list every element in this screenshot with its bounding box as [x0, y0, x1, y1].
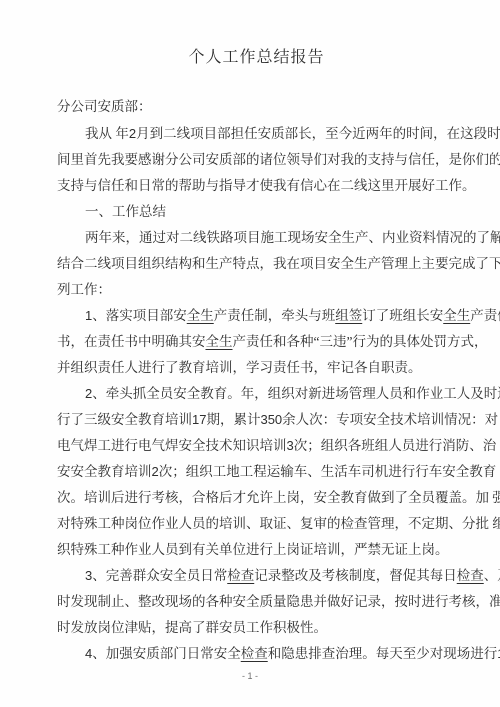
text-line: 时发现制止、整改现场的各种安全质量隐患并做好记录，按时进行考核，准 [57, 589, 456, 615]
text-run: 余人次：专项安全技术培训情况：对 [282, 412, 498, 427]
text-line: 列工作： [57, 277, 456, 303]
text-run: 2 [152, 464, 159, 479]
text-run: 并组织责任人进行了教育培训，学习责任书，牢记各自职责。 [57, 360, 422, 375]
text-run: 月到二线项目部担任安质部长，至今近两年的时间，在这段时 [136, 126, 500, 141]
text-run: 支持与信任和日常的帮助与指导才使我有信心在二线这里开展好工作。 [57, 178, 476, 193]
text-run: 我从 年 [85, 126, 129, 141]
text-line: 次。培训后进行考核，合格后才允许上岗，安全教育做到了全员覆盖。加 强 [57, 485, 456, 511]
paragraph: 4、加强安质部门日常安全检查和隐患排查治理。每天至少对现场进行1 [57, 641, 456, 667]
text-run: 行了三级安全教育培训 [57, 412, 192, 427]
underlined-text-run: 全生 [187, 308, 214, 323]
text-run: 和隐患排查治理。每天至少对现场进行 [268, 646, 498, 661]
text-run: 电气焊工进行电气焊安全技术知识培训 [57, 438, 287, 453]
text-run: 一、工作总结 [85, 204, 166, 219]
text-line: 2、牵头抓全员安全教育。年，组织对新进场管理人员和作业工人及时进 [57, 381, 456, 407]
text-run: 书，在责任书中明确其安 [57, 334, 206, 349]
text-run: 时发现制止、整改现场的各种安全质量隐患并做好记录，按时进行考核，准 [57, 594, 500, 609]
document-content: 个人工作总结报告 分公司安质部： 我从 年2月到二线项目部担任安质部长，至今近两… [57, 46, 456, 667]
paragraph: 两年来，通过对二线铁路项目施工现场安全生产、内业资料情况的了解，结合二线项目组织… [57, 225, 456, 303]
text-run: 17 [192, 412, 206, 427]
text-run: 对特殊工种岗位作业人员的培训、取证、复审的检查管理，不定期、分批 组 [57, 516, 500, 531]
text-run: 、加强安质部门日常安全 [92, 646, 241, 661]
underlined-text-run: 检查 [457, 568, 484, 583]
text-line: 结合二线项目组织结构和生产特点，我在项目安全生产管理上主要完成了下 [57, 251, 456, 277]
text-line: 并组织责任人进行了教育培训，学习责任书，牢记各自职责。 [57, 355, 456, 381]
text-line: 时发放岗位津贴，提高了群安员工作积极性。 [57, 615, 456, 641]
text-line: 书，在责任书中明确其安全生产责任和各种“三违”行为的具体处罚方式， [57, 329, 456, 355]
text-line: 一、工作总结 [57, 199, 456, 225]
paragraph: 一、工作总结 [57, 199, 456, 225]
document-page: 个人工作总结报告 分公司安质部： 我从 年2月到二线项目部担任安质部长，至今近两… [0, 0, 500, 707]
text-line: 我从 年2月到二线项目部担任安质部长，至今近两年的时间，在这段时 [57, 121, 456, 147]
text-run: 次。培训后进行考核，合格后才允许上岗，安全教育做到了全员覆盖。加 强 [57, 490, 500, 505]
paragraph: 1、落实项目部安全生产责任制，牵头与班组签订了班组长安全生产责任书，在责任书中明… [57, 303, 456, 381]
text-run: 织特殊工种作业人员到有关单位进行上岗证培训，严禁无证上岗。 [57, 542, 449, 557]
text-run: 3 [287, 438, 294, 453]
text-run: 、及 [484, 568, 500, 583]
text-run: 两年来，通过对二线铁路项目施工现场安全生产、内业资料情况的了解， [85, 230, 500, 245]
underlined-text-run: 全生 [206, 334, 233, 349]
text-run: 列工作： [57, 282, 111, 297]
text-run: 产责任制，牵头与班 [214, 308, 336, 323]
text-line: 织特殊工种作业人员到有关单位进行上岗证培训，严禁无证上岗。 [57, 537, 456, 563]
text-run: 期，累计 [206, 412, 260, 427]
text-line: 电气焊工进行电气焊安全技术知识培训3次；组织各班组人员进行消防、治 [57, 433, 456, 459]
text-run: 安安全教育培训 [57, 464, 152, 479]
text-run: 产责任 [470, 308, 500, 323]
text-line: 对特殊工种岗位作业人员的培训、取证、复审的检查管理，不定期、分批 组 [57, 511, 456, 537]
text-line: 支持与信任和日常的帮助与指导才使我有信心在二线这里开展好工作。 [57, 173, 456, 199]
salutation: 分公司安质部： [57, 94, 456, 120]
page-number: - 1 - [0, 671, 500, 681]
text-run: 产责任和各种“三违”行为的具体处罚方式， [233, 334, 488, 349]
text-run: 350 [260, 412, 282, 427]
document-body: 我从 年2月到二线项目部担任安质部长，至今近两年的时间，在这段时间里首先我要感谢… [57, 121, 456, 667]
paragraph: 2、牵头抓全员安全教育。年，组织对新进场管理人员和作业工人及时进行了三级安全教育… [57, 381, 456, 563]
text-run: 次；组织工地工程运输车、生活车司机进行行车安全教育 [159, 464, 500, 479]
text-line: 行了三级安全教育培训17期，累计350余人次：专项安全技术培训情况：对 [57, 407, 456, 433]
underlined-text-run: 组签 [335, 308, 362, 323]
text-line: 安安全教育培训2次；组织工地工程运输车、生活车司机进行行车安全教育 3 [57, 459, 456, 485]
text-run: 记录整改及考核制度，督促其每日 [254, 568, 457, 583]
paragraph: 3、完善群众安全员日常检查记录整改及考核制度，督促其每日检查、及时发现制止、整改… [57, 563, 456, 641]
text-run: 、落实项目部安 [92, 308, 187, 323]
underlined-text-run: 检查 [227, 568, 254, 583]
text-run: 、完善群众安全员日常 [92, 568, 227, 583]
text-line: 4、加强安质部门日常安全检查和隐患排查治理。每天至少对现场进行1 [57, 641, 456, 667]
text-line: 1、落实项目部安全生产责任制，牵头与班组签订了班组长安全生产责任 [57, 303, 456, 329]
document-title: 个人工作总结报告 [57, 46, 456, 70]
text-run: 次；组织各班组人员进行消防、治 [294, 438, 497, 453]
text-line: 两年来，通过对二线铁路项目施工现场安全生产、内业资料情况的了解， [57, 225, 456, 251]
underlined-text-run: 全生 [443, 308, 470, 323]
underlined-text-run: 检查 [241, 646, 268, 661]
text-run: 、牵头抓全员安全教育。年，组织对新进场管理人员和作业工人及时进 [92, 386, 500, 401]
text-run: 订了班组长安 [362, 308, 443, 323]
text-run: 间里首先我要感谢分公司安质部的诸位领导们对我的支持与信任，是你们的 [57, 152, 500, 167]
text-line: 3、完善群众安全员日常检查记录整改及考核制度，督促其每日检查、及 [57, 563, 456, 589]
text-run: 结合二线项目组织结构和生产特点，我在项目安全生产管理上主要完成了下 [57, 256, 500, 271]
paragraph: 我从 年2月到二线项目部担任安质部长，至今近两年的时间，在这段时间里首先我要感谢… [57, 121, 456, 199]
text-run: 时发放岗位津贴，提高了群安员工作积极性。 [57, 620, 327, 635]
text-line: 间里首先我要感谢分公司安质部的诸位领导们对我的支持与信任，是你们的 [57, 147, 456, 173]
